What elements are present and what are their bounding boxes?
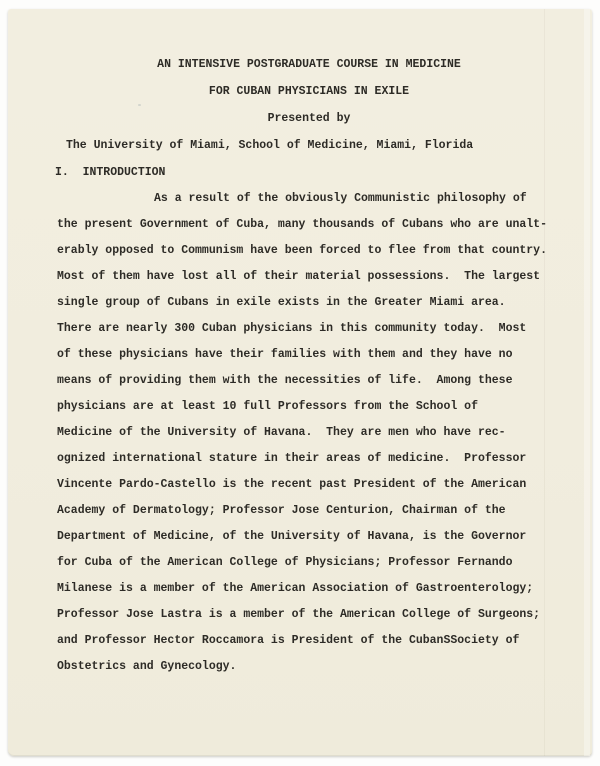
body-line: erably opposed to Communism have been fo… [57,238,592,264]
body-line: Vincente Pardo-Castello is the recent pa… [57,472,592,498]
body-line: There are nearly 300 Cuban physicians in… [57,316,592,342]
body-line: single group of Cubans in exile exists i… [57,290,592,316]
body-line: Most of them have lost all of their mate… [57,264,592,290]
document-content: AN INTENSIVE POSTGRADUATE COURSE IN MEDI… [8,9,592,680]
body-line: Milanese is a member of the American Ass… [57,576,592,602]
body-line: the present Government of Cuba, many tho… [57,212,592,238]
body-line: Professor Jose Lastra is a member of the… [57,602,592,628]
body-line: Academy of Dermatology; Professor Jose C… [57,498,592,524]
document-page: AN INTENSIVE POSTGRADUATE COURSE IN MEDI… [8,9,592,756]
body-line: for Cuba of the American College of Phys… [57,550,592,576]
body-line: ognized international stature in their a… [57,446,592,472]
body-line: and Professor Hector Roccamora is Presid… [57,628,592,654]
body-line: As a result of the obviously Communistic… [57,186,592,212]
scan-background: AN INTENSIVE POSTGRADUATE COURSE IN MEDI… [0,0,600,766]
body-line: Medicine of the University of Havana. Th… [57,420,592,446]
body-line: Department of Medicine, of the Universit… [57,524,592,550]
body-line: means of providing them with the necessi… [57,368,592,394]
document-body: As a result of the obviously Communistic… [57,186,592,680]
body-line: Obstetrics and Gynecology. [57,654,592,680]
document-title: AN INTENSIVE POSTGRADUATE COURSE IN MEDI… [17,51,600,78]
body-line: physicians are at least 10 full Professo… [57,394,592,420]
section-heading: I. INTRODUCTION [55,159,592,186]
body-line: of these physicians have their families … [57,342,592,368]
document-subtitle: FOR CUBAN PHYSICIANS IN EXILE [17,78,600,105]
presenter-line: The University of Miami, School of Medic… [66,132,592,159]
presented-by-line: Presented by [17,105,600,132]
